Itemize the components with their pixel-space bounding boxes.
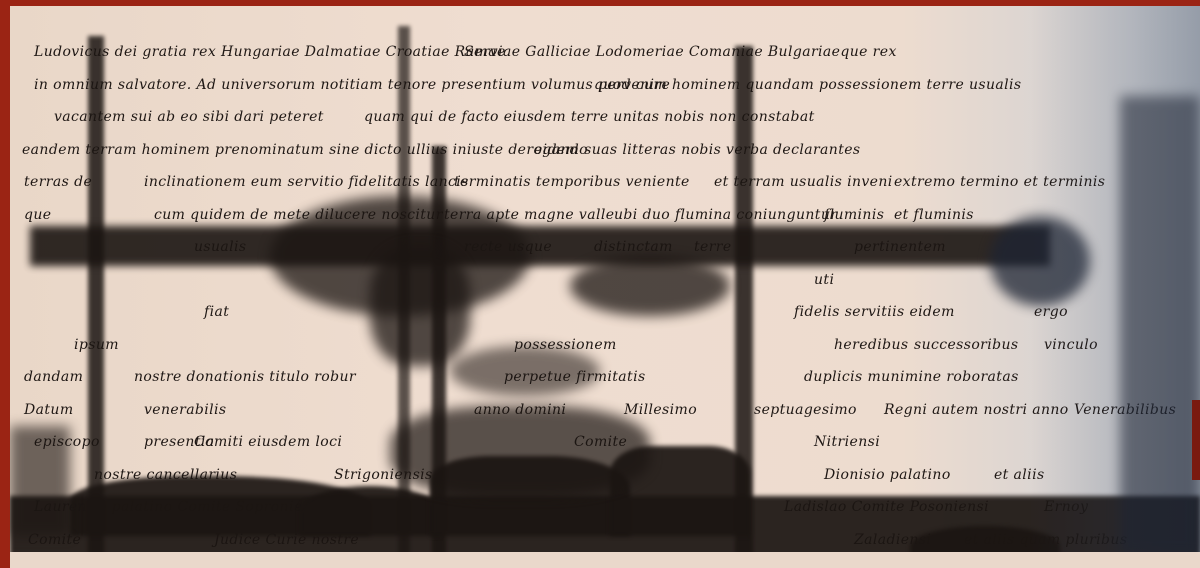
text-line-2: in omnium salvatore. Ad universorum noti… bbox=[34, 69, 1194, 102]
ink-blot-stain bbox=[10, 426, 70, 536]
bottom-damage-stain bbox=[300, 486, 440, 536]
text-line-5: terras de inclinationem eum servitio fid… bbox=[34, 166, 1194, 199]
text-fragment: Nitriensi bbox=[814, 426, 880, 458]
ink-blot-stain bbox=[570, 256, 730, 316]
text-fragment: Serviae Galliciae Lodomeriae Comaniae Bu… bbox=[464, 36, 897, 68]
text-fragment: venerabilis bbox=[144, 394, 227, 426]
text-fragment: duplicis munimine roboratas bbox=[804, 361, 1019, 393]
text-fragment: eidem suas litteras nobis verba declaran… bbox=[534, 134, 861, 166]
horizontal-fold-stain bbox=[30, 226, 1050, 266]
text-fragment: fiat bbox=[204, 296, 229, 328]
text-fragment: Regni autem nostri anno bbox=[884, 394, 1069, 426]
text-fragment: nostre donationis titulo robur bbox=[134, 361, 356, 393]
text-fragment: Datum bbox=[24, 394, 74, 426]
text-line-1: Ludovicus dei gratia rex Hungariae Dalma… bbox=[34, 36, 1194, 69]
ink-blot-stain bbox=[390, 406, 650, 496]
text-fragment: heredibus bbox=[834, 329, 908, 361]
text-fragment: extremo termino et terminis bbox=[894, 166, 1105, 198]
charter-parchment: Ludovicus dei gratia rex Hungariae Dalma… bbox=[10, 6, 1200, 562]
frame-edge bbox=[1192, 400, 1200, 480]
text-fragment: inclinationem eum servitio fidelitatis l… bbox=[144, 166, 469, 198]
text-fragment: in omnium salvatore. Ad universorum noti… bbox=[34, 69, 670, 101]
text-line-10: ipsum possessionem heredibus successorib… bbox=[34, 329, 1194, 362]
text-fragment: Millesimo bbox=[624, 394, 697, 426]
ink-blot-stain bbox=[450, 346, 600, 396]
text-line-4: eandem terram hominem prenominatum sine … bbox=[34, 134, 1194, 167]
text-fragment: Ludovicus dei gratia rex Hungariae Dalma… bbox=[34, 36, 506, 68]
text-fragment: terminatis temporibus veniente bbox=[454, 166, 690, 198]
text-fragment: fidelis servitiis eidem bbox=[794, 296, 955, 328]
text-fragment: quod cum hominem quandam possessionem te… bbox=[594, 69, 1022, 101]
text-fragment: successoribus bbox=[914, 329, 1019, 361]
text-fragment: eandem terram hominem prenominatum sine … bbox=[22, 134, 588, 166]
text-line-3: vacantem sui ab eo sibi dari peteret qua… bbox=[34, 101, 1194, 134]
vertical-fold-stain bbox=[88, 36, 104, 556]
ink-blot-stain bbox=[990, 216, 1090, 306]
text-fragment: Comiti eiusdem loci bbox=[194, 426, 342, 458]
frame-bottom-mat bbox=[10, 552, 1200, 568]
right-edge-stain bbox=[1120, 96, 1200, 556]
text-fragment: dandam bbox=[24, 361, 83, 393]
text-fragment: Dionisio palatino bbox=[824, 459, 951, 491]
text-fragment: et aliis bbox=[994, 459, 1045, 491]
text-fragment: septuagesimo bbox=[754, 394, 857, 426]
text-fragment: uti bbox=[814, 264, 834, 296]
ink-blot-stain bbox=[370, 246, 470, 366]
text-fragment: terras de bbox=[24, 166, 92, 198]
text-fragment: vinculo bbox=[1044, 329, 1098, 361]
text-line-11: dandam nostre donationis titulo robur pe… bbox=[34, 361, 1194, 394]
